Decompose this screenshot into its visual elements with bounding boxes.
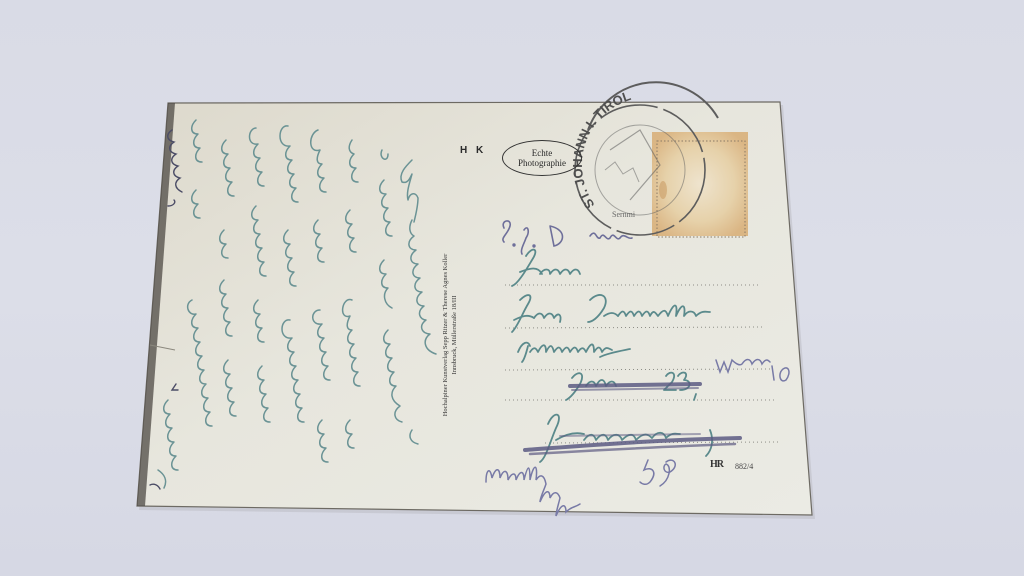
stamp-stain: [652, 132, 748, 237]
address-salutation: Herrn: [505, 255, 508, 256]
publisher-line-1: Hochalpiner Kunstverlag Sepp Ritzer & Th…: [441, 185, 450, 485]
echte-photographie-badge: Echte Photographie: [502, 140, 582, 176]
address-correction-street: Mühlgasse 59: [485, 465, 492, 466]
message-opening: Liebe Steinzmaller!: [405, 160, 415, 161]
postcard-illustration: ST. JOHANN I. TIROL: [0, 0, 1024, 576]
address-city-struck: Schwechat: [545, 430, 551, 431]
address-occupation: Tischlermeister: [505, 345, 513, 346]
photo-scene: ST. JOHANN I. TIROL: [0, 0, 1024, 576]
postmark-lower-text: Sernmi: [612, 210, 635, 219]
publisher-imprint: Hochalpiner Kunstverlag Sepp Ritzer & Th…: [441, 185, 459, 485]
publisher-logo: HR: [710, 459, 723, 470]
address-name: Hans Steinzmaller: [505, 300, 514, 301]
publisher-line-2: Innsbruck, Müllerstraße 18/III: [450, 185, 459, 485]
catalog-number: 882/4: [735, 462, 753, 471]
address-street-struck: Wien 23: [570, 380, 574, 381]
badge-line-1: Echte: [503, 148, 581, 158]
badge-line-2: Photographie: [503, 158, 581, 168]
pencil-note-text: S.H.D: [500, 225, 503, 226]
series-mark: H K: [460, 145, 486, 156]
address-correction-district: Wien 10: [715, 360, 719, 361]
